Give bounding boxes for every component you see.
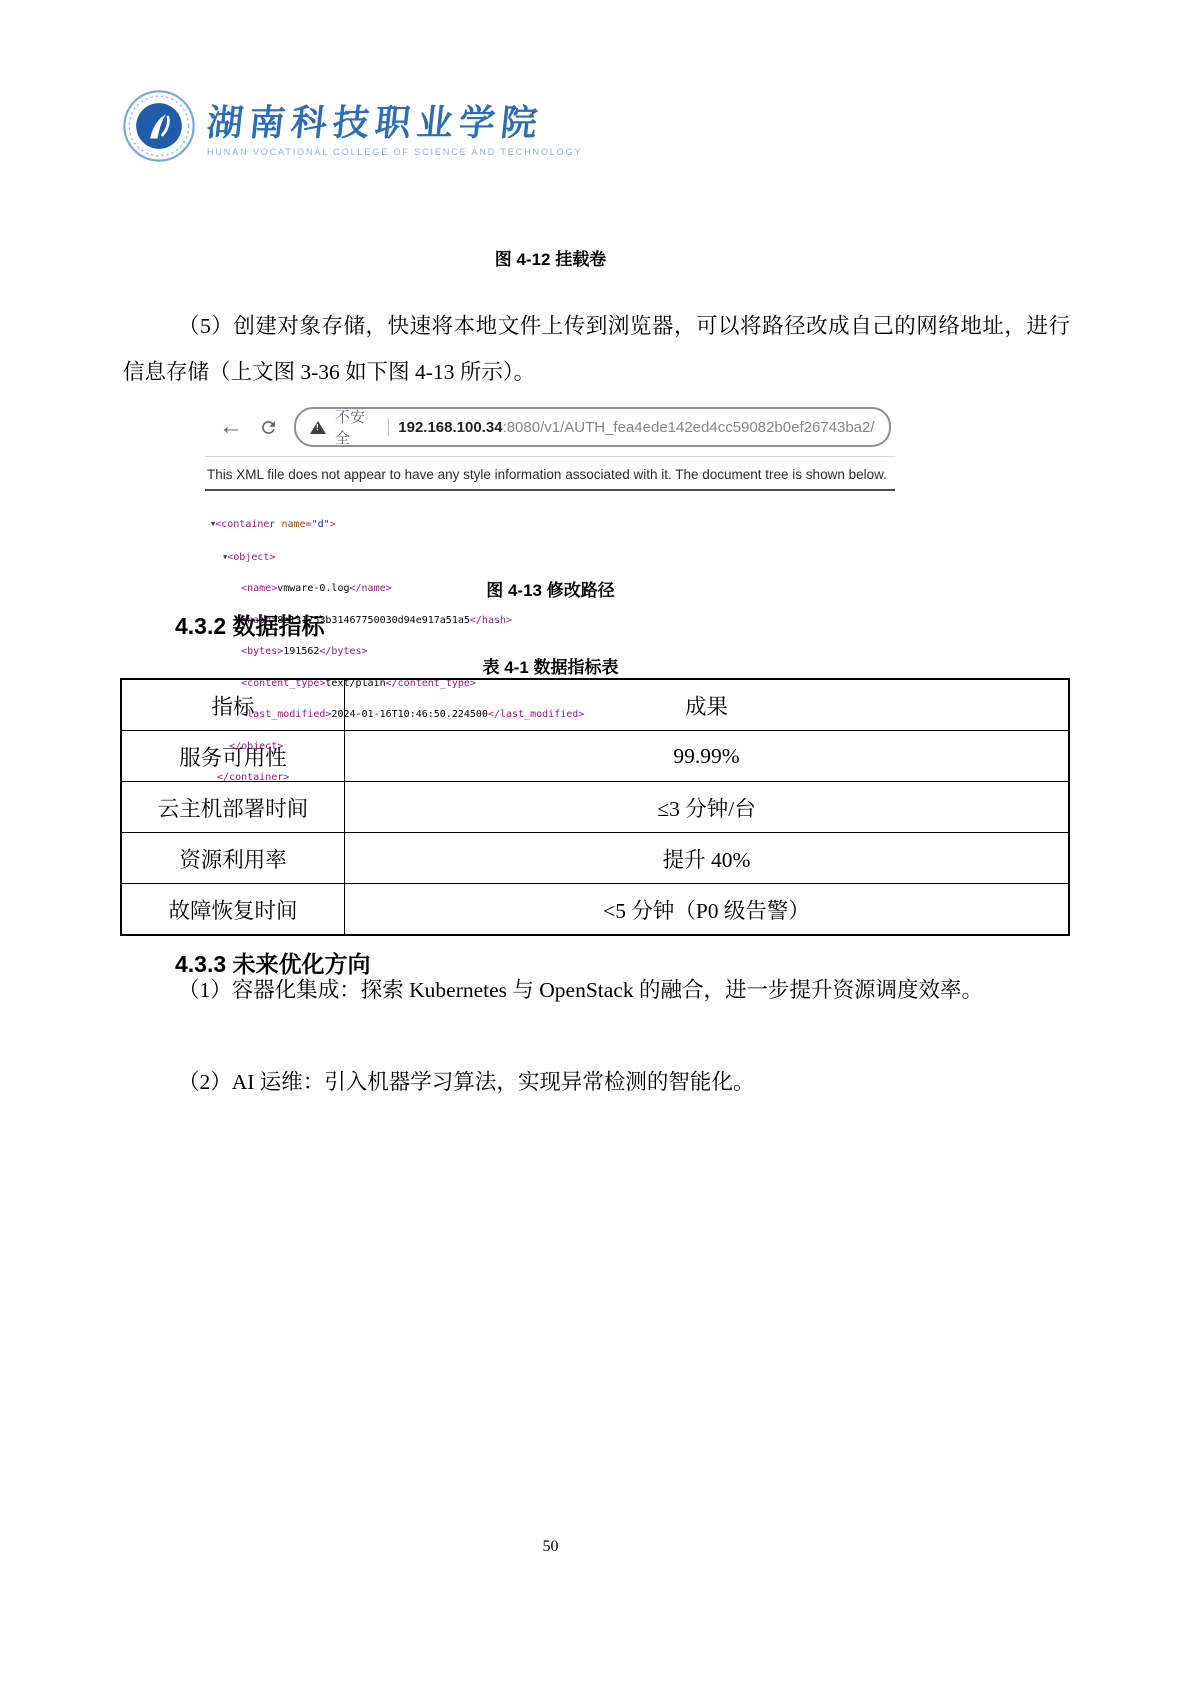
xml-line-container-open[interactable]: ▼<container name="d"> — [211, 519, 895, 531]
table-row: 云主机部署时间 ≤3 分钟/台 — [121, 782, 1069, 833]
table-header-row: 指标 成果 — [121, 679, 1069, 731]
page-number: 50 — [123, 1538, 978, 1556]
table-caption-4-1: 表 4-1 数据指标表 — [123, 653, 978, 678]
url-host: 192.168.100.34 — [398, 419, 502, 436]
table-cell-indicator: 服务可用性 — [121, 731, 345, 782]
table-cell-result: 99.99% — [345, 731, 1070, 782]
table-cell-indicator: 资源利用率 — [121, 833, 345, 884]
url-path: :8080/v1/AUTH_fea4ede142ed4cc59082b0ef26… — [503, 419, 875, 436]
table-header-result: 成果 — [345, 679, 1070, 731]
xml-style-notice: This XML file does not appear to have an… — [205, 457, 895, 489]
paragraph-2: （2）AI 运维：引入机器学习算法，实现异常检测的智能化。 — [123, 1059, 1070, 1105]
security-label: 不安全 — [335, 406, 379, 448]
paragraph-5: （5）创建对象存储，快速将本地文件上传到浏览器，可以将路径改成自己的网络地址，进… — [123, 303, 1070, 395]
table-cell-result: ≤3 分钟/台 — [345, 782, 1070, 833]
figure-caption-4-12: 图 4-12 挂载卷 — [123, 245, 978, 270]
metrics-table: 指标 成果 服务可用性 99.99% 云主机部署时间 ≤3 分钟/台 资源利用率… — [120, 678, 1070, 936]
college-logo: 湖南科技职业学院 HUNAN VOCATIONAL COLLEGE OF SCI… — [123, 90, 582, 167]
table-row: 资源利用率 提升 40% — [121, 833, 1069, 884]
college-emblem-icon — [123, 90, 195, 167]
figure-caption-4-13: 图 4-13 修改路径 — [123, 576, 978, 601]
college-name-zh: 湖南科技职业学院 — [205, 101, 585, 145]
browser-toolbar: ← 不安全 192.168.100.34:8080/v1/AUTH_fea4ed… — [205, 398, 895, 457]
back-icon[interactable]: ← — [219, 415, 243, 439]
document-page: 湖南科技职业学院 HUNAN VOCATIONAL COLLEGE OF SCI… — [0, 0, 1191, 1684]
warning-icon — [310, 421, 326, 434]
table-cell-result: 提升 40% — [345, 833, 1070, 884]
address-separator — [388, 418, 389, 436]
address-bar[interactable]: 不安全 192.168.100.34:8080/v1/AUTH_fea4ede1… — [294, 407, 891, 447]
college-name-en: HUNAN VOCATIONAL COLLEGE OF SCIENCE AND … — [207, 147, 582, 157]
refresh-icon[interactable] — [259, 418, 278, 437]
table-row: 服务可用性 99.99% — [121, 731, 1069, 782]
xml-line-object-open[interactable]: ▼<object> — [211, 552, 895, 564]
heading-4-3-2: 4.3.2 数据指标 — [175, 608, 325, 641]
paragraph-1: （1）容器化集成：探索 Kubernetes 与 OpenStack 的融合，进… — [123, 967, 1070, 1013]
table-header-indicator: 指标 — [121, 679, 345, 731]
table-cell-indicator: 故障恢复时间 — [121, 884, 345, 936]
table-row: 故障恢复时间 <5 分钟（P0 级告警） — [121, 884, 1069, 936]
table-cell-indicator: 云主机部署时间 — [121, 782, 345, 833]
table-cell-result: <5 分钟（P0 级告警） — [345, 884, 1070, 936]
url-text: 192.168.100.34:8080/v1/AUTH_fea4ede142ed… — [398, 419, 875, 436]
